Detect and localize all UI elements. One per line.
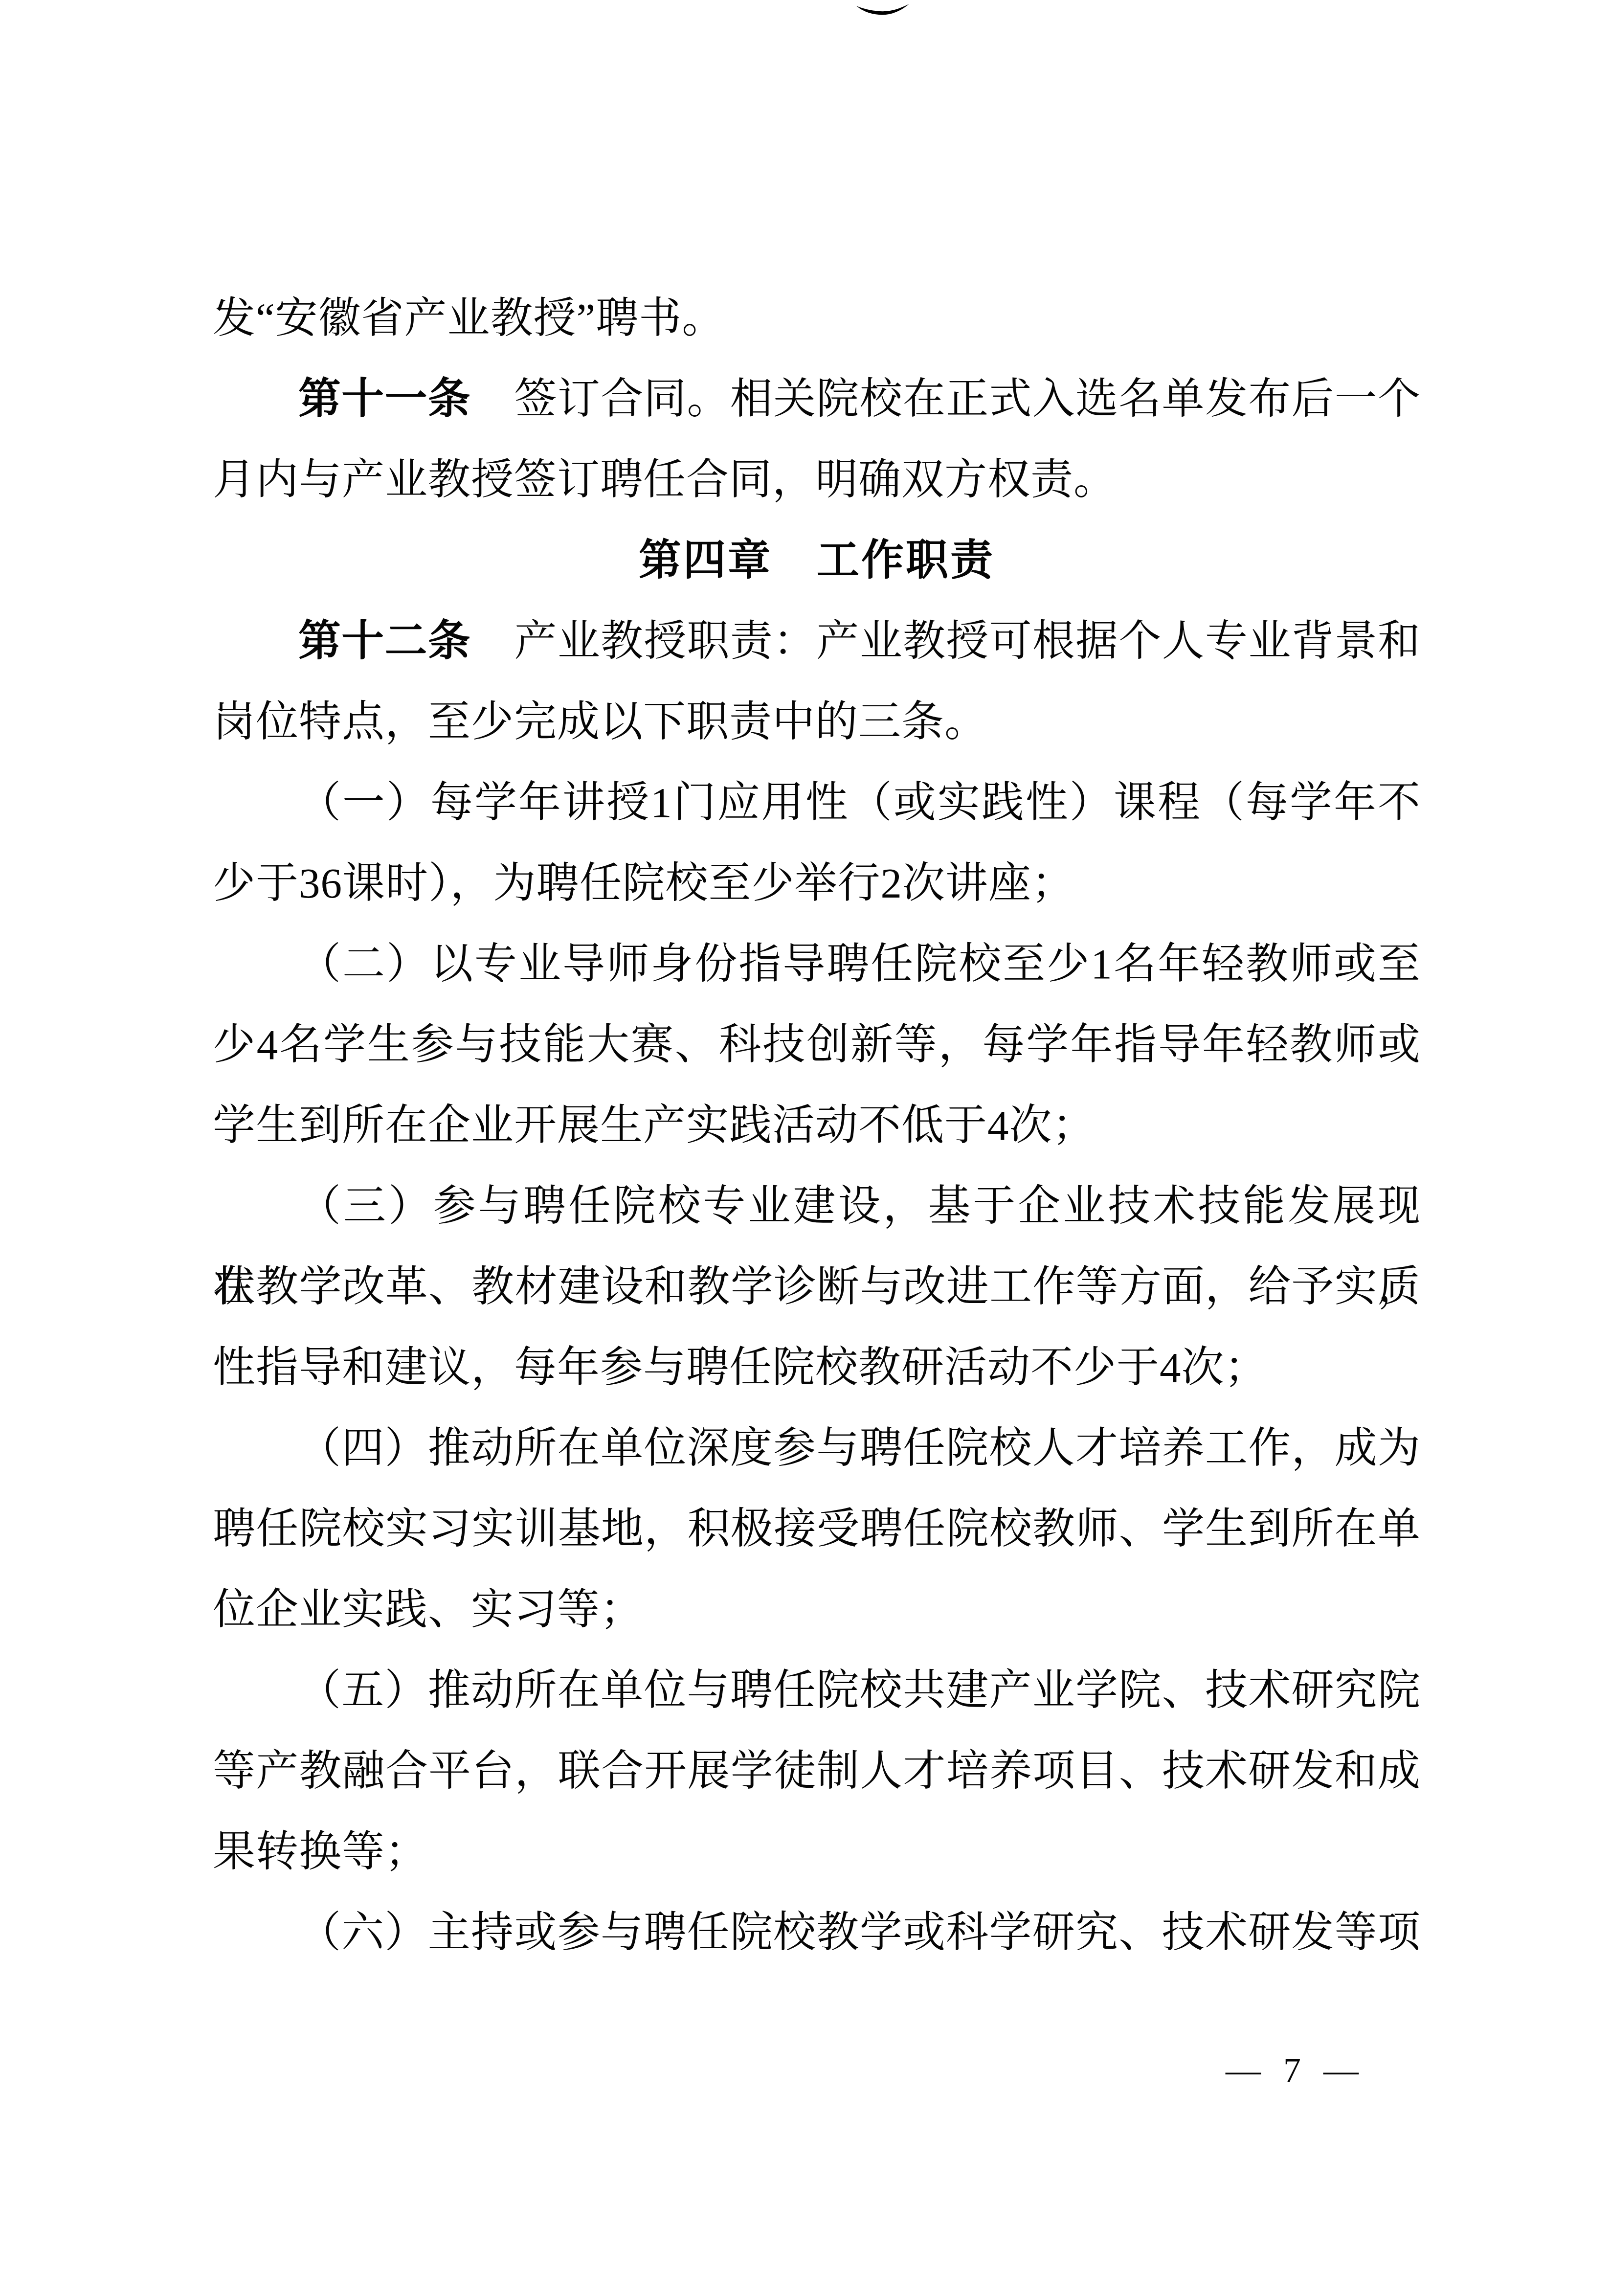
document-page: 发“安徽省产业教授”聘书。 第十一条 签订合同。相关院校在正式入选名单发布后一个…: [0, 0, 1610, 2296]
chapter-heading: 第四章 工作职责: [213, 520, 1421, 601]
text-line-item-5: （五）推动所在单位与聘任院校共建产业学院、技术研究院: [213, 1650, 1421, 1731]
article-11-label: 第十一条: [298, 375, 471, 423]
text-line: 发“安徽省产业教授”聘书。: [213, 278, 1421, 359]
text-line: 月内与产业教授签订聘任合同，明确双方权责。: [213, 439, 1421, 520]
text-line: 学生到所在企业开展生产实践活动不低于4次；: [213, 1085, 1421, 1166]
text-line-item-3: （三）参与聘任院校专业建设，基于企业技术技能发展现状，: [213, 1166, 1421, 1246]
text-line: 位企业实践、实习等；: [213, 1569, 1421, 1650]
text-line-article-11: 第十一条 签订合同。相关院校在正式入选名单发布后一个: [213, 359, 1421, 439]
text-line: 在教学改革、教材建设和教学诊断与改进工作等方面，给予实质: [213, 1246, 1421, 1327]
text-line-article-12: 第十二条 产业教授职责：产业教授可根据个人专业背景和: [213, 601, 1421, 681]
page-number: — 7 —: [1226, 2048, 1365, 2092]
document-body: 发“安徽省产业教授”聘书。 第十一条 签订合同。相关院校在正式入选名单发布后一个…: [213, 278, 1421, 1973]
text-line-item-4: （四）推动所在单位深度参与聘任院校人才培养工作，成为: [213, 1408, 1421, 1488]
text-line-item-6: （六）主持或参与聘任院校教学或科学研究、技术研发等项: [213, 1892, 1421, 1973]
text-line: 岗位特点，至少完成以下职责中的三条。: [213, 681, 1421, 762]
text-line: 聘任院校实习实训基地，积极接受聘任院校教师、学生到所在单: [213, 1488, 1421, 1569]
text-line: 产业教授职责：产业教授可根据个人专业背景和: [471, 617, 1421, 665]
scan-smudge-mark: [855, 3, 910, 17]
text-line: 少4名学生参与技能大赛、科技创新等，每学年指导年轻教师或: [213, 1004, 1421, 1085]
article-12-label: 第十二条: [298, 617, 471, 665]
text-line: 果转换等；: [213, 1811, 1421, 1892]
text-line: 少于36课时），为聘任院校至少举行2次讲座；: [213, 843, 1421, 923]
text-line-item-2: （二）以专业导师身份指导聘任院校至少1名年轻教师或至: [213, 923, 1421, 1004]
text-line: 性指导和建议，每年参与聘任院校教研活动不少于4次；: [213, 1327, 1421, 1408]
text-line: 签订合同。相关院校在正式入选名单发布后一个: [471, 375, 1421, 423]
text-line-item-1: （一）每学年讲授1门应用性（或实践性）课程（每学年不: [213, 762, 1421, 843]
text-line: 等产教融合平台，联合开展学徒制人才培养项目、技术研发和成: [213, 1731, 1421, 1811]
